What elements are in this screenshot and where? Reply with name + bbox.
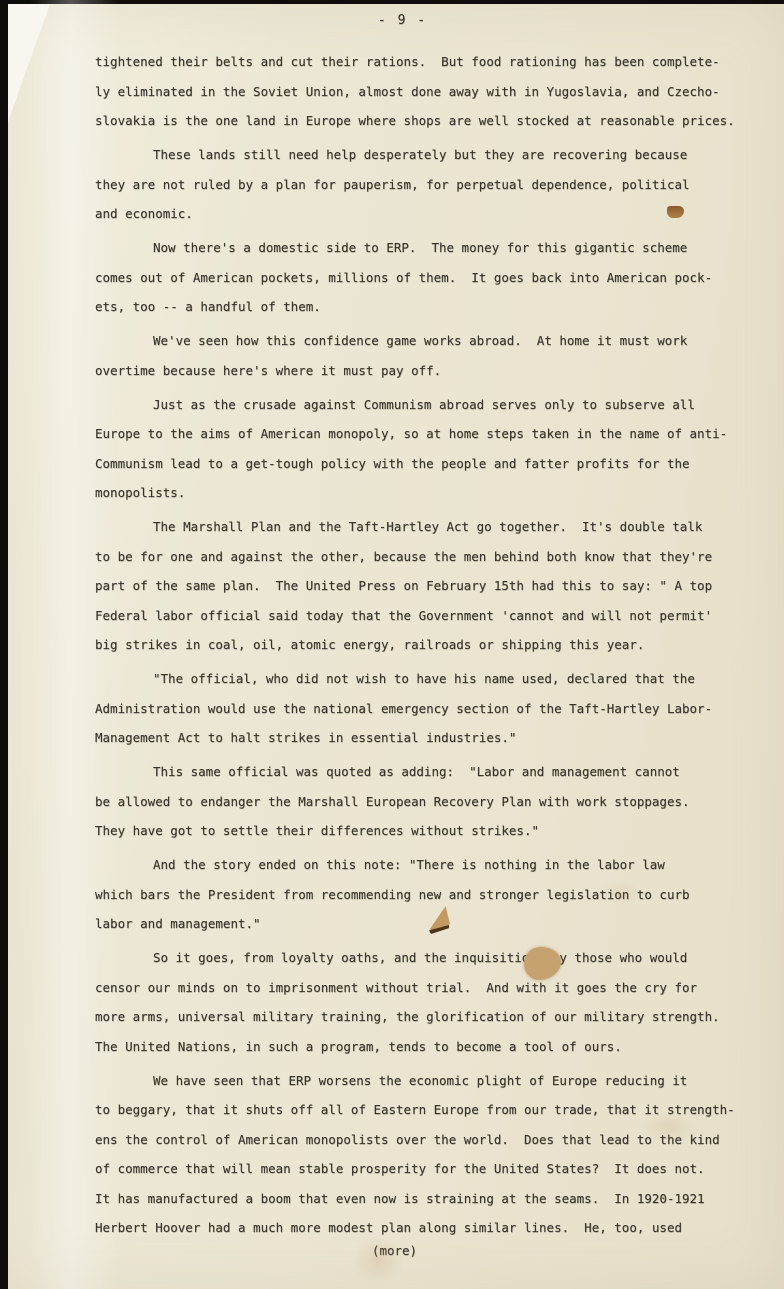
document-body: tightened their belts and cut their rati…	[95, 47, 755, 1247]
text-line: comes out of American pockets, millions …	[95, 263, 755, 293]
text-line: be allowed to endanger the Marshall Euro…	[95, 787, 755, 817]
text-line: Administration would use the national em…	[95, 694, 755, 724]
text-line: part of the same plan. The United Press …	[95, 571, 755, 601]
page-number: - 9 -	[80, 13, 725, 28]
text-line: ens the control of American monopolists …	[95, 1125, 755, 1155]
paragraph: Now there's a domestic side to ERP. The …	[95, 233, 755, 322]
text-line: to be for one and against the other, bec…	[95, 542, 755, 572]
text-line: monopolists.	[95, 478, 755, 508]
text-line: The Marshall Plan and the Taft-Hartley A…	[95, 512, 755, 542]
text-line: big strikes in coal, oil, atomic energy,…	[95, 630, 755, 660]
text-line: more arms, universal military training, …	[95, 1002, 755, 1032]
text-line: Just as the crusade against Communism ab…	[95, 390, 755, 420]
paragraph: We have seen that ERP worsens the econom…	[95, 1066, 755, 1243]
text-line: overtime because here's where it must pa…	[95, 356, 755, 386]
paragraph: So it goes, from loyalty oaths, and the …	[95, 943, 755, 1061]
paragraph: tightened their belts and cut their rati…	[95, 47, 755, 136]
text-line: It has manufactured a boom that even now…	[95, 1184, 755, 1214]
paragraph: We've seen how this confidence game work…	[95, 326, 755, 385]
text-line: We've seen how this confidence game work…	[95, 326, 755, 356]
continuation-marker: (more)	[72, 1243, 717, 1258]
paragraph: The Marshall Plan and the Taft-Hartley A…	[95, 512, 755, 660]
text-line: labor and management."	[95, 909, 755, 939]
text-line: And the story ended on this note: "There…	[95, 850, 755, 880]
text-line: Management Act to halt strikes in essent…	[95, 723, 755, 753]
text-line: and economic.	[95, 199, 755, 229]
text-line: ly eliminated in the Soviet Union, almos…	[95, 77, 755, 107]
text-line: Europe to the aims of American monopoly,…	[95, 419, 755, 449]
paragraph: This same official was quoted as adding:…	[95, 757, 755, 846]
text-line: they are not ruled by a plan for pauperi…	[95, 170, 755, 200]
paragraph: These lands still need help desperately …	[95, 140, 755, 229]
text-line: of commerce that will mean stable prospe…	[95, 1154, 755, 1184]
text-line: We have seen that ERP worsens the econom…	[95, 1066, 755, 1096]
text-line: Herbert Hoover had a much more modest pl…	[95, 1213, 755, 1243]
text-line: to beggary, that it shuts off all of Eas…	[95, 1095, 755, 1125]
text-line: They have got to settle their difference…	[95, 816, 755, 846]
text-line: These lands still need help desperately …	[95, 140, 755, 170]
text-line: Federal labor official said today that t…	[95, 601, 755, 631]
text-line: "The official, who did not wish to have …	[95, 664, 755, 694]
text-line: So it goes, from loyalty oaths, and the …	[95, 943, 755, 973]
text-line: The United Nations, in such a program, t…	[95, 1032, 755, 1062]
text-line: ets, too -- a handful of them.	[95, 292, 755, 322]
text-line: censor our minds on to imprisonment with…	[95, 973, 755, 1003]
paragraph: Just as the crusade against Communism ab…	[95, 390, 755, 508]
text-line: tightened their belts and cut their rati…	[95, 47, 755, 77]
text-line: Now there's a domestic side to ERP. The …	[95, 233, 755, 263]
paragraph: "The official, who did not wish to have …	[95, 664, 755, 753]
text-line: Communism lead to a get-tough policy wit…	[95, 449, 755, 479]
paragraph: And the story ended on this note: "There…	[95, 850, 755, 939]
text-line: which bars the President from recommendi…	[95, 880, 755, 910]
text-line: This same official was quoted as adding:…	[95, 757, 755, 787]
text-line: slovakia is the one land in Europe where…	[95, 106, 755, 136]
